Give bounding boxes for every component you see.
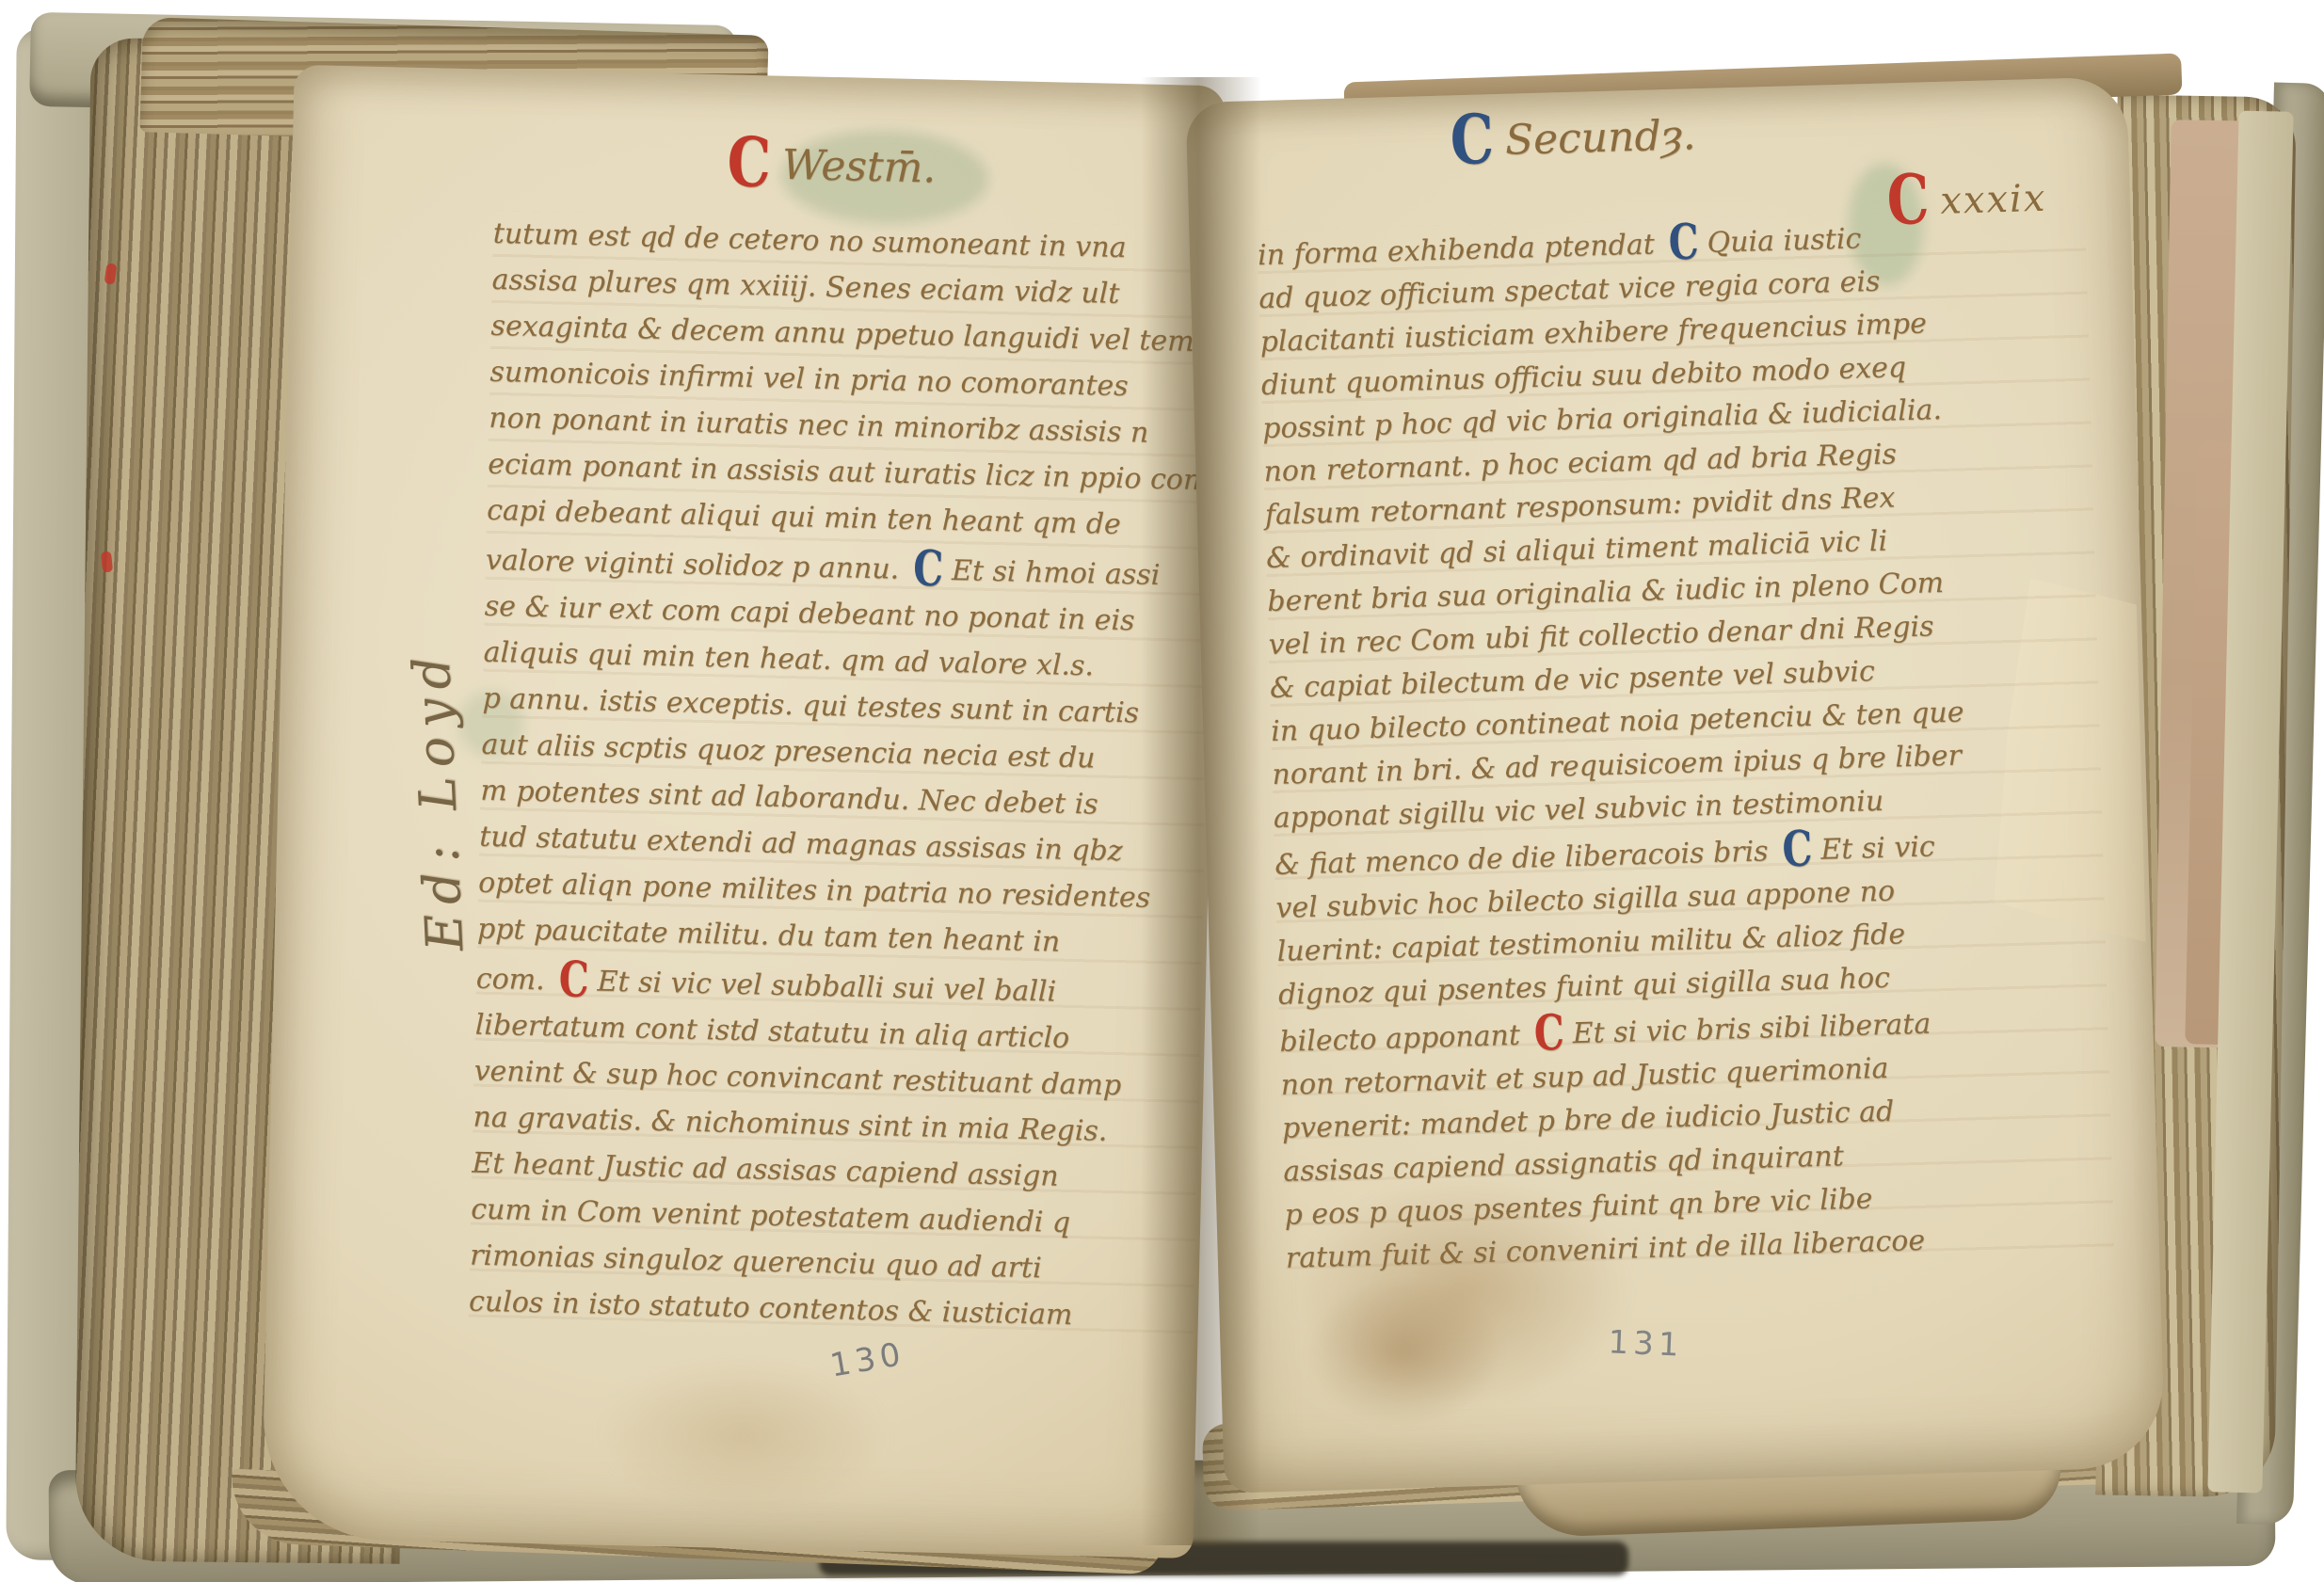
- running-header-right: CSecundȝ.: [1450, 98, 1697, 168]
- text-segment: sumonicois infirmi vel in pria no comora…: [489, 356, 1129, 403]
- text-segment: Et heant Justic ad assisas capiend assig…: [472, 1147, 1059, 1193]
- text-segment: com.: [476, 963, 546, 998]
- text-segment: rimonias singuloz querenciu quo ad arti: [470, 1239, 1042, 1286]
- text-segment: tud statutu extendi ad magnas assisas in…: [479, 821, 1123, 868]
- text-segment: Quia iustic: [1707, 222, 1862, 260]
- text-segment: cum in Com venint potestatem audiendi q: [471, 1193, 1071, 1239]
- red-paraph-icon: C: [558, 950, 589, 1010]
- text-segment: capi debeant aliqui qui min ten heant qm…: [487, 494, 1121, 541]
- text-segment: in forma exhibenda ptendat: [1258, 228, 1656, 272]
- text-segment: aut aliis scptis quoz presencia necia es…: [481, 728, 1096, 775]
- text-segment: Et si vic bris sibi liberata: [1572, 1008, 1931, 1051]
- text-segment: Et si vic vel subballi sui vel balli: [597, 966, 1056, 1009]
- text-segment: m potentes sint ad laborandu. Nec debet …: [480, 775, 1098, 822]
- text-segment: culos in isto statuto contentos & iustic…: [469, 1286, 1073, 1333]
- gutter-shadow: [1141, 77, 1261, 1545]
- right-page: CSecundȝ. Cxxxix in forma exhibenda pten…: [1186, 76, 2166, 1493]
- text-segment: na gravatis. & nichominus sint in mia Re…: [473, 1101, 1108, 1148]
- text-segment: valore viginti solidoz p annu.: [486, 544, 900, 586]
- red-paraph-icon: C: [727, 122, 772, 203]
- text-segment: venint & sup hoc convincant restituant d…: [473, 1055, 1121, 1103]
- blue-paraph-icon: C: [913, 538, 944, 599]
- right-page-text-column: in forma exhibenda ptendatCQuia iusticad…: [1257, 208, 2114, 1281]
- text-segment: bilecto apponant: [1279, 1019, 1520, 1059]
- left-page-text-column: tutum est qd de cetero no sumoneant in v…: [469, 211, 1219, 1341]
- text-segment: non ponant in iuratis nec in minoribz as…: [489, 402, 1149, 450]
- text-segment: tutum est qd de cetero no sumoneant in v…: [492, 217, 1126, 264]
- running-header-left-title: Westm̄.: [781, 141, 937, 193]
- running-header-right-title: Secundȝ.: [1504, 111, 1696, 165]
- running-header-left: CWestm̄.: [727, 126, 937, 195]
- text-segment: libertatum cont istd statutu in aliq art…: [474, 1009, 1069, 1055]
- text-segment: Et si vic: [1820, 830, 1935, 866]
- text-segment: aliquis qui min ten heat. qm ad valore x…: [483, 636, 1094, 683]
- text-segment: se & iur ext com capi debeant no ponat i…: [484, 590, 1134, 638]
- red-paraph-icon: C: [1533, 1005, 1565, 1063]
- text-segment: Et si hmoi assi: [952, 554, 1161, 592]
- margin-ownership-inscription: Ed: Loyd: [401, 647, 474, 952]
- text-segment: p annu. istis exceptis. qui testes sunt …: [482, 682, 1139, 730]
- text-segment: assisa plures qm xxiiij. Senes eciam vid…: [491, 264, 1119, 311]
- blue-paraph-icon: C: [1450, 99, 1496, 180]
- folio-number-right: 131: [1608, 1323, 1685, 1364]
- blue-paraph-icon: C: [1782, 822, 1814, 879]
- left-page: CWestm̄. tutum est qd de cetero no sumon…: [261, 65, 1226, 1558]
- red-edge-mark: [101, 551, 113, 572]
- manuscript-photo: { "document_kind": "Opened medieval manu…: [0, 0, 2324, 1582]
- blue-paraph-icon: C: [1668, 215, 1700, 272]
